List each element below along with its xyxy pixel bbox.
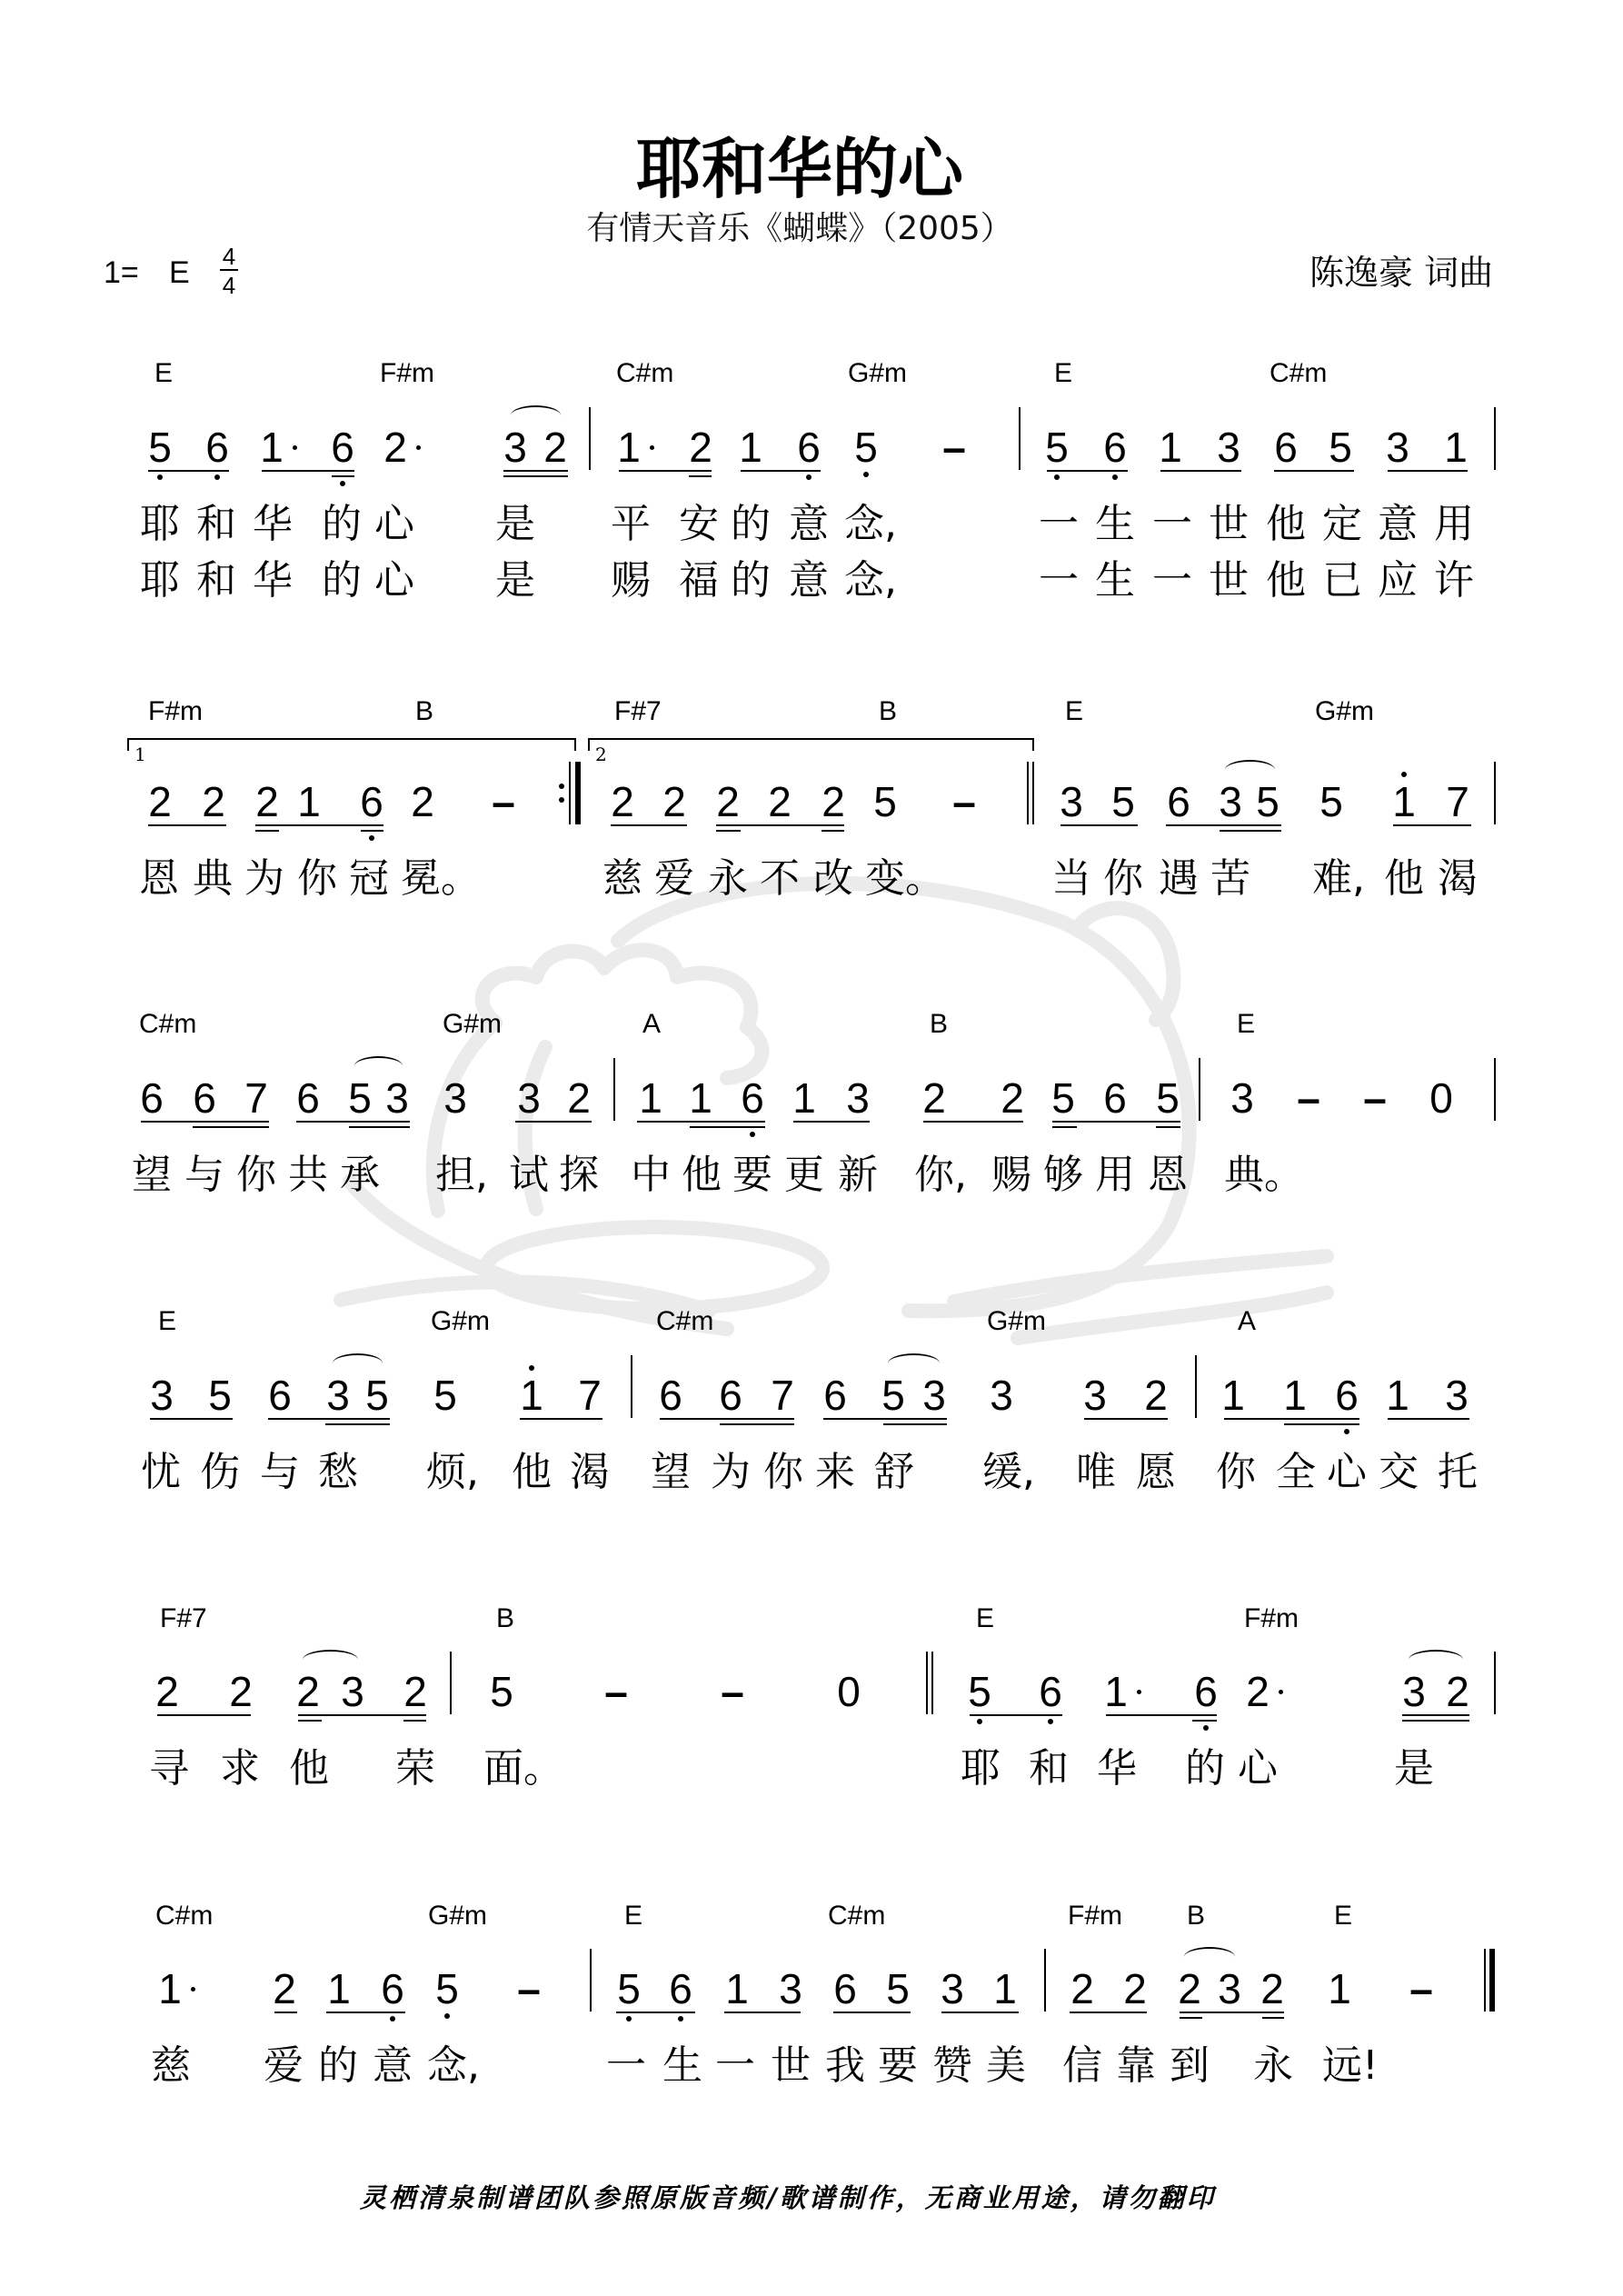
note: 6 bbox=[262, 1374, 298, 1416]
chord-symbol: G#m bbox=[987, 1308, 1046, 1335]
duration-underline bbox=[1393, 824, 1471, 826]
chord-symbol: B bbox=[930, 1011, 948, 1038]
note: 5 bbox=[342, 1077, 378, 1119]
duration-underline bbox=[1060, 824, 1138, 826]
high-octave-dot bbox=[1401, 772, 1407, 777]
note: 5 bbox=[1105, 781, 1141, 823]
lyric-syllable: 平 bbox=[611, 504, 651, 544]
note: 2 bbox=[266, 1968, 303, 2010]
duration-underline bbox=[823, 1418, 947, 1420]
duration-underline bbox=[883, 1423, 947, 1425]
chord-symbol: F#m bbox=[148, 698, 203, 725]
chord-symbol: B bbox=[496, 1605, 514, 1632]
note: 2 bbox=[1171, 1968, 1208, 2010]
volta-number: 1 bbox=[134, 745, 146, 764]
lyric-syllable: 的 bbox=[1185, 1749, 1225, 1789]
note: 1 bbox=[1098, 1671, 1134, 1712]
slur bbox=[511, 405, 561, 415]
lyric-syllable: 他 bbox=[1266, 561, 1306, 601]
note: 5 bbox=[1313, 781, 1349, 823]
lyric-syllable: 生 bbox=[1095, 561, 1135, 601]
lyric-syllable: 为 bbox=[244, 859, 284, 899]
note: 6 bbox=[1268, 426, 1304, 468]
sustain-dash: – bbox=[714, 1671, 751, 1712]
lyric-syllable: 意 bbox=[789, 504, 829, 544]
chord-symbol: B bbox=[1187, 1902, 1205, 1930]
note: 5 bbox=[429, 1968, 465, 2010]
lyric-syllable: 他 bbox=[289, 1749, 329, 1789]
lyric-syllable: 你 bbox=[236, 1155, 276, 1195]
lyric-syllable: 与 bbox=[260, 1452, 300, 1492]
lyric-syllable: 心 bbox=[374, 504, 414, 544]
note: 6 bbox=[1032, 1671, 1069, 1712]
slur bbox=[1225, 760, 1275, 770]
sheet-music-page: 耶和华的心 有情天音乐《蝴蝶》（2005） 1= E 4 4 陈逸豪 词曲 EF… bbox=[0, 0, 1623, 2296]
duration-underline bbox=[503, 475, 568, 477]
lyric-syllable: 的 bbox=[322, 561, 362, 601]
chord-symbol: F#7 bbox=[160, 1605, 207, 1632]
low-octave-dot bbox=[750, 1132, 755, 1137]
lyric-syllable: 世 bbox=[1209, 561, 1249, 601]
note: 6 bbox=[712, 1374, 749, 1416]
chord-symbol: E bbox=[1237, 1011, 1255, 1038]
lyric-syllable: 生 bbox=[1095, 504, 1135, 544]
lyric-syllable: 爱 bbox=[654, 859, 694, 899]
note: 5 bbox=[359, 1374, 395, 1416]
lyric-syllable: 和 bbox=[1029, 1749, 1069, 1789]
lyric-syllable: 用 bbox=[1434, 504, 1474, 544]
duration-underline bbox=[1180, 2017, 1202, 2019]
note: 2 bbox=[916, 1077, 952, 1119]
duration-underline bbox=[1402, 1720, 1469, 1722]
note: 6 bbox=[1097, 1077, 1133, 1119]
augmentation-dot bbox=[650, 445, 654, 450]
lyric-syllable: 慈 bbox=[602, 859, 642, 899]
lyric-syllable: 定 bbox=[1322, 504, 1362, 544]
lyric-syllable: 和 bbox=[196, 504, 236, 544]
chord-symbol: E bbox=[158, 1308, 176, 1335]
barline bbox=[1044, 1949, 1046, 2011]
note: 1 bbox=[682, 1077, 719, 1119]
sustain-dash: – bbox=[936, 426, 972, 468]
lyric-syllable: 耶 bbox=[140, 561, 180, 601]
lyric-syllable: 耶 bbox=[140, 504, 180, 544]
lyric-syllable: 荣 bbox=[395, 1749, 435, 1789]
lyric-syllable: 我 bbox=[825, 2046, 865, 2086]
note: 2 bbox=[1439, 1671, 1476, 1712]
note: 2 bbox=[710, 781, 746, 823]
lyric-syllable: 你, bbox=[914, 1155, 967, 1195]
duration-underline bbox=[923, 1121, 1023, 1123]
duration-underline bbox=[833, 2011, 911, 2013]
lyric-syllable: 不 bbox=[760, 859, 800, 899]
duration-underline bbox=[403, 1720, 426, 1722]
lyric-syllable: 新 bbox=[838, 1155, 878, 1195]
low-octave-dot bbox=[977, 1719, 982, 1724]
note: 3 bbox=[1439, 1374, 1475, 1416]
repeat-end-barline bbox=[569, 762, 571, 824]
low-octave-dot bbox=[1344, 1429, 1349, 1434]
note: 3 bbox=[934, 1968, 971, 2010]
note: 2 bbox=[537, 426, 573, 468]
slur bbox=[354, 1056, 403, 1066]
lyric-syllable: 愿 bbox=[1136, 1452, 1176, 1492]
low-octave-dot bbox=[340, 481, 345, 486]
lyric-syllable: 够 bbox=[1043, 1155, 1083, 1195]
note: 3 bbox=[497, 426, 533, 468]
chord-symbol: E bbox=[1065, 698, 1083, 725]
lyric-syllable: 永 bbox=[708, 859, 748, 899]
lyric-syllable: 伤 bbox=[200, 1452, 240, 1492]
note: 3 bbox=[437, 1077, 473, 1119]
duration-underline bbox=[1220, 830, 1281, 832]
note: 6 bbox=[652, 1374, 689, 1416]
lyric-syllable: 变。 bbox=[865, 859, 945, 899]
duration-underline bbox=[262, 470, 354, 472]
sustain-dash: – bbox=[946, 781, 982, 823]
lyric-syllable: 典。 bbox=[1224, 1155, 1304, 1195]
duration-underline bbox=[298, 1714, 426, 1716]
note: 3 bbox=[1212, 781, 1249, 823]
lyric-syllable: 他 bbox=[1266, 504, 1306, 544]
note: 6 bbox=[1160, 781, 1197, 823]
sustain-dash: – bbox=[1290, 1077, 1327, 1119]
duration-underline bbox=[619, 470, 712, 472]
note: 2 bbox=[604, 781, 641, 823]
note: 3 bbox=[1053, 781, 1090, 823]
chord-symbol: G#m bbox=[431, 1308, 490, 1335]
chord-symbol: E bbox=[976, 1605, 994, 1632]
note: 2 bbox=[223, 1671, 259, 1712]
lyric-syllable: 赐 bbox=[611, 561, 651, 601]
chord-symbol: G#m bbox=[1315, 698, 1374, 725]
slur bbox=[1184, 1947, 1235, 1957]
note: 1 bbox=[291, 781, 327, 823]
note: 1 bbox=[1379, 1374, 1416, 1416]
high-octave-dot bbox=[529, 1365, 534, 1371]
chord-symbol: F#m bbox=[1068, 1902, 1122, 1930]
lyric-syllable: 一 bbox=[715, 2046, 755, 2086]
lyric-syllable: 为 bbox=[711, 1452, 751, 1492]
duration-underline bbox=[325, 1423, 390, 1425]
slur bbox=[333, 1353, 383, 1363]
note: 1 bbox=[513, 1374, 550, 1416]
duration-underline bbox=[637, 1121, 765, 1123]
note: 1 bbox=[611, 426, 647, 468]
note: 1 bbox=[1277, 1374, 1313, 1416]
lyric-syllable: 冠 bbox=[349, 859, 389, 899]
note: 5 bbox=[961, 1671, 998, 1712]
duration-underline bbox=[1192, 1720, 1217, 1722]
lyric-syllable: 心 bbox=[1327, 1452, 1367, 1492]
lyric-syllable: 求 bbox=[220, 1749, 260, 1789]
chord-symbol: C#m bbox=[139, 1011, 196, 1038]
lyric-syllable: 生 bbox=[662, 2046, 702, 2086]
note: 3 bbox=[840, 1077, 876, 1119]
note: 2 bbox=[762, 781, 798, 823]
note: 2 bbox=[815, 781, 851, 823]
chord-symbol: F#m bbox=[1244, 1605, 1299, 1632]
note: 2 bbox=[404, 781, 441, 823]
note: 1 bbox=[1215, 1374, 1251, 1416]
lyric-syllable: 的 bbox=[318, 2046, 358, 2086]
note: 5 bbox=[611, 1968, 647, 2010]
note: 3 bbox=[1211, 1968, 1248, 2010]
note: 1 bbox=[719, 1968, 755, 2010]
barline bbox=[631, 1355, 632, 1418]
lyric-syllable: 意 bbox=[373, 2046, 413, 2086]
sustain-dash: – bbox=[598, 1671, 634, 1712]
note: 1 bbox=[1321, 1968, 1358, 2010]
note: 5 bbox=[1039, 426, 1075, 468]
duration-underline bbox=[1284, 1423, 1359, 1425]
note: 6 bbox=[817, 1374, 853, 1416]
chord-symbol: B bbox=[415, 698, 433, 725]
barline bbox=[1019, 407, 1021, 470]
lyric-syllable: 世 bbox=[1209, 504, 1249, 544]
duration-underline bbox=[1084, 1418, 1168, 1420]
lyric-syllable: 试 bbox=[509, 1155, 549, 1195]
duration-underline bbox=[941, 2011, 1019, 2013]
sustain-dash: – bbox=[485, 781, 522, 823]
duration-underline bbox=[616, 2011, 695, 2013]
lyric-syllable: 忧 bbox=[141, 1452, 181, 1492]
duration-underline bbox=[157, 1714, 251, 1716]
note: 3 bbox=[320, 1374, 356, 1416]
lyric-syllable: 美 bbox=[986, 2046, 1026, 2086]
lyric-syllable: 的 bbox=[731, 504, 771, 544]
note: 3 bbox=[983, 1374, 1020, 1416]
note: 6 bbox=[186, 1077, 223, 1119]
lyric-syllable: 来 bbox=[815, 1452, 855, 1492]
sustain-dash: – bbox=[1357, 1077, 1393, 1119]
note: 6 bbox=[1097, 426, 1133, 468]
double-barline bbox=[926, 1652, 928, 1714]
note: 2 bbox=[561, 1077, 597, 1119]
duration-underline bbox=[1106, 1714, 1217, 1716]
chord-symbol: E bbox=[624, 1902, 642, 1930]
lyric-syllable: 应 bbox=[1378, 561, 1418, 601]
chord-symbol: C#m bbox=[155, 1902, 213, 1930]
lyric-syllable: 和 bbox=[196, 561, 236, 601]
lyric-syllable: 已 bbox=[1322, 561, 1362, 601]
low-octave-dot bbox=[157, 474, 163, 480]
note: 5 bbox=[867, 781, 903, 823]
lyric-syllable: 许 bbox=[1434, 561, 1474, 601]
lyric-syllable: 你 bbox=[763, 1452, 803, 1492]
final-barline bbox=[1484, 1949, 1486, 2011]
note: 5 bbox=[483, 1671, 520, 1712]
lyric-syllable: 要 bbox=[878, 2046, 918, 2086]
duration-underline bbox=[148, 824, 226, 826]
chord-symbol: A bbox=[642, 1011, 661, 1038]
lyric-syllable: 念, bbox=[844, 504, 897, 544]
note: 2 bbox=[682, 426, 719, 468]
augmentation-dot bbox=[293, 445, 297, 450]
chord-symbol: F#m bbox=[380, 360, 434, 387]
low-octave-dot bbox=[1203, 1725, 1209, 1731]
note: 3 bbox=[334, 1671, 371, 1712]
lyric-syllable: 他 bbox=[512, 1452, 552, 1492]
duration-underline bbox=[193, 1126, 269, 1128]
volta-bracket bbox=[127, 738, 576, 751]
note: 5 bbox=[1250, 781, 1286, 823]
note: 2 bbox=[1254, 1968, 1290, 2010]
lyric-syllable: 福 bbox=[679, 561, 719, 601]
note: 5 bbox=[202, 1374, 238, 1416]
note: 5 bbox=[875, 1374, 911, 1416]
lyric-syllable: 慈 bbox=[151, 2046, 191, 2086]
duration-underline bbox=[503, 470, 568, 472]
lyric-syllable: 安 bbox=[679, 504, 719, 544]
duration-underline bbox=[1052, 1121, 1180, 1123]
lyric-syllable: 爱 bbox=[264, 2046, 304, 2086]
double-barline bbox=[1027, 762, 1029, 824]
note: 3 bbox=[379, 1077, 415, 1119]
note: 1 bbox=[632, 1077, 669, 1119]
note: 1 bbox=[254, 426, 290, 468]
lyric-syllable: 一 bbox=[606, 2046, 646, 2086]
duration-underline bbox=[821, 830, 844, 832]
repeat-end-barline bbox=[575, 762, 581, 824]
low-octave-dot bbox=[369, 835, 374, 841]
lyric-syllable: 靠 bbox=[1116, 2046, 1156, 2086]
volta-number: 2 bbox=[595, 745, 607, 764]
duration-underline bbox=[255, 824, 383, 826]
note: 5 bbox=[848, 426, 884, 468]
duration-underline bbox=[1262, 2017, 1284, 2019]
lyric-syllable: 恩 bbox=[139, 859, 179, 899]
low-octave-dot bbox=[626, 2016, 632, 2021]
rest: 0 bbox=[1423, 1077, 1459, 1119]
note: 6 bbox=[290, 1077, 326, 1119]
duration-underline bbox=[1156, 1126, 1180, 1128]
barline bbox=[1199, 1058, 1200, 1121]
note: 5 bbox=[142, 426, 178, 468]
lyric-syllable: 要 bbox=[732, 1155, 772, 1195]
note: 6 bbox=[734, 1077, 771, 1119]
duration-underline bbox=[1047, 470, 1128, 472]
barline bbox=[1494, 407, 1496, 470]
lyric-syllable: 信 bbox=[1062, 2046, 1102, 2086]
lyric-syllable: 是 bbox=[495, 504, 535, 544]
duration-underline bbox=[1274, 470, 1354, 472]
duration-underline bbox=[148, 470, 229, 472]
note: 1 bbox=[732, 426, 769, 468]
note: 5 bbox=[1150, 1077, 1186, 1119]
note: 3 bbox=[1210, 426, 1247, 468]
lyric-syllable: 舒 bbox=[874, 1452, 914, 1492]
note: 1 bbox=[987, 1968, 1023, 2010]
lyric-syllable: 共 bbox=[288, 1155, 328, 1195]
low-octave-dot bbox=[806, 474, 811, 480]
lyric-syllable: 耶 bbox=[961, 1749, 1001, 1789]
duration-underline bbox=[1070, 2011, 1147, 2013]
duration-underline bbox=[255, 830, 279, 832]
lyric-syllable: 心 bbox=[374, 561, 414, 601]
duration-underline bbox=[1180, 2011, 1284, 2013]
lyric-syllable: 心 bbox=[1238, 1749, 1278, 1789]
note: 2 bbox=[377, 426, 413, 468]
chord-symbol: C#m bbox=[656, 1308, 713, 1335]
slur bbox=[303, 1650, 358, 1660]
note: 5 bbox=[1322, 426, 1359, 468]
lyric-syllable: 恩 bbox=[1148, 1155, 1188, 1195]
note: 6 bbox=[662, 1968, 699, 2010]
note: 1 bbox=[1386, 781, 1422, 823]
note: 6 bbox=[791, 426, 827, 468]
lyric-syllable: 难, bbox=[1312, 859, 1365, 899]
augmentation-dot bbox=[1137, 1690, 1141, 1694]
note: 6 bbox=[134, 1077, 170, 1119]
lyric-syllable: 你 bbox=[297, 859, 337, 899]
lyric-syllable: 与 bbox=[184, 1155, 224, 1195]
chord-symbol: C#m bbox=[1270, 360, 1327, 387]
note: 1 bbox=[152, 1968, 188, 2010]
lyric-syllable: 赞 bbox=[932, 2046, 972, 2086]
lyric-syllable: 遇 bbox=[1159, 859, 1199, 899]
lyric-syllable: 面。 bbox=[483, 1749, 563, 1789]
duration-underline bbox=[611, 824, 687, 826]
duration-underline bbox=[298, 1720, 322, 1722]
note: 6 bbox=[827, 1968, 863, 2010]
lyric-syllable: 意 bbox=[789, 561, 829, 601]
duration-underline bbox=[724, 2011, 801, 2013]
lyric-syllable: 交 bbox=[1379, 1452, 1419, 1492]
double-barline bbox=[931, 1652, 933, 1714]
lyric-syllable: 华 bbox=[253, 504, 293, 544]
note: 5 bbox=[880, 1968, 916, 2010]
note: 3 bbox=[772, 1968, 809, 2010]
lyric-syllable: 他 bbox=[682, 1155, 722, 1195]
note: 7 bbox=[238, 1077, 274, 1119]
chord-symbol: A bbox=[1238, 1308, 1256, 1335]
slur bbox=[1409, 1650, 1463, 1660]
duration-underline bbox=[1388, 470, 1468, 472]
lyric-syllable: 全 bbox=[1276, 1452, 1316, 1492]
lyric-syllable: 一 bbox=[1152, 561, 1192, 601]
low-octave-dot bbox=[1112, 474, 1118, 480]
duration-underline bbox=[361, 830, 383, 832]
duration-underline bbox=[1160, 470, 1241, 472]
chord-symbol: G#m bbox=[848, 360, 907, 387]
lyric-syllable: 改 bbox=[813, 859, 853, 899]
duration-underline bbox=[970, 1714, 1062, 1716]
note: 3 bbox=[1379, 426, 1416, 468]
low-octave-dot bbox=[678, 2016, 683, 2021]
note: 2 bbox=[994, 1077, 1031, 1119]
final-barline bbox=[1489, 1949, 1495, 2011]
lyric-syllable: 的 bbox=[322, 504, 362, 544]
note: 5 bbox=[1045, 1077, 1081, 1119]
chord-symbol: C#m bbox=[828, 1902, 885, 1930]
note: 2 bbox=[249, 781, 285, 823]
double-barline bbox=[1032, 762, 1034, 824]
note: 7 bbox=[764, 1374, 801, 1416]
note: 2 bbox=[290, 1671, 326, 1712]
volta-bracket bbox=[588, 738, 1034, 751]
augmentation-dot bbox=[1279, 1690, 1283, 1694]
note: 5 bbox=[427, 1374, 463, 1416]
copyright-notice: 灵栖清泉制谱团队参照原版音频/歌谱制作，无商业用途，请勿翻印 bbox=[360, 2183, 1216, 2212]
augmentation-dot bbox=[416, 445, 421, 450]
duration-underline bbox=[268, 1418, 390, 1420]
lyric-syllable: 唯 bbox=[1076, 1452, 1116, 1492]
lyric-syllable: 寻 bbox=[149, 1749, 189, 1789]
lyric-syllable: 是 bbox=[1394, 1749, 1434, 1789]
note: 3 bbox=[144, 1374, 180, 1416]
lyric-syllable: 你 bbox=[1103, 859, 1143, 899]
